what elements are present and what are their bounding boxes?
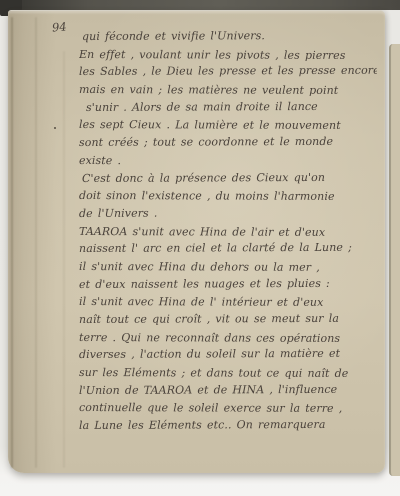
manuscript-line: l'Union de TAAROA et de HINA , l'influen… [79,380,377,399]
binding-crease [11,17,13,468]
scan-top-edge [0,0,400,10]
binding-crease [35,17,37,468]
manuscript-line: naissent l' arc en ciel et la clarté de … [79,239,377,258]
manuscript-line: il s'unit avec Hina du dehors ou la mer … [79,258,377,277]
manuscript-line: de l'Univers . [79,204,377,223]
manuscript-line: s'unir . Alors de sa main droite il lanc… [79,97,377,116]
manuscript-line: sont créés ; tout se coordonne et le mon… [79,133,377,152]
page-number: 94 [51,19,67,34]
manuscript-page: 94 qui féconde et vivifie l'Univers. En … [8,10,385,473]
manuscript-line: C'est donc à la présence des Cieux qu'on [79,168,377,187]
manuscript-text: qui féconde et vivifie l'Univers. En eff… [79,28,377,453]
manuscript-line: qui féconde et vivifie l'Univers. [79,28,377,46]
ink-speck [54,127,56,129]
manuscript-line: diverses , l'action du soleil sur la mat… [79,345,377,364]
scanned-manuscript-view: 94 qui féconde et vivifie l'Univers. En … [0,0,400,496]
adjacent-page-edge [389,44,400,476]
manuscript-line: et d'eux naissent les nuages et les plui… [79,274,377,293]
binding-crease [63,51,65,468]
manuscript-line: la Lune les Eléments etc.. On remarquera [79,416,377,435]
manuscript-line: les Sables , le Dieu les presse et les p… [79,62,377,81]
manuscript-line: naît tout ce qui croît , vit ou se meut … [79,310,377,329]
manuscript-line: existe . [79,152,377,171]
